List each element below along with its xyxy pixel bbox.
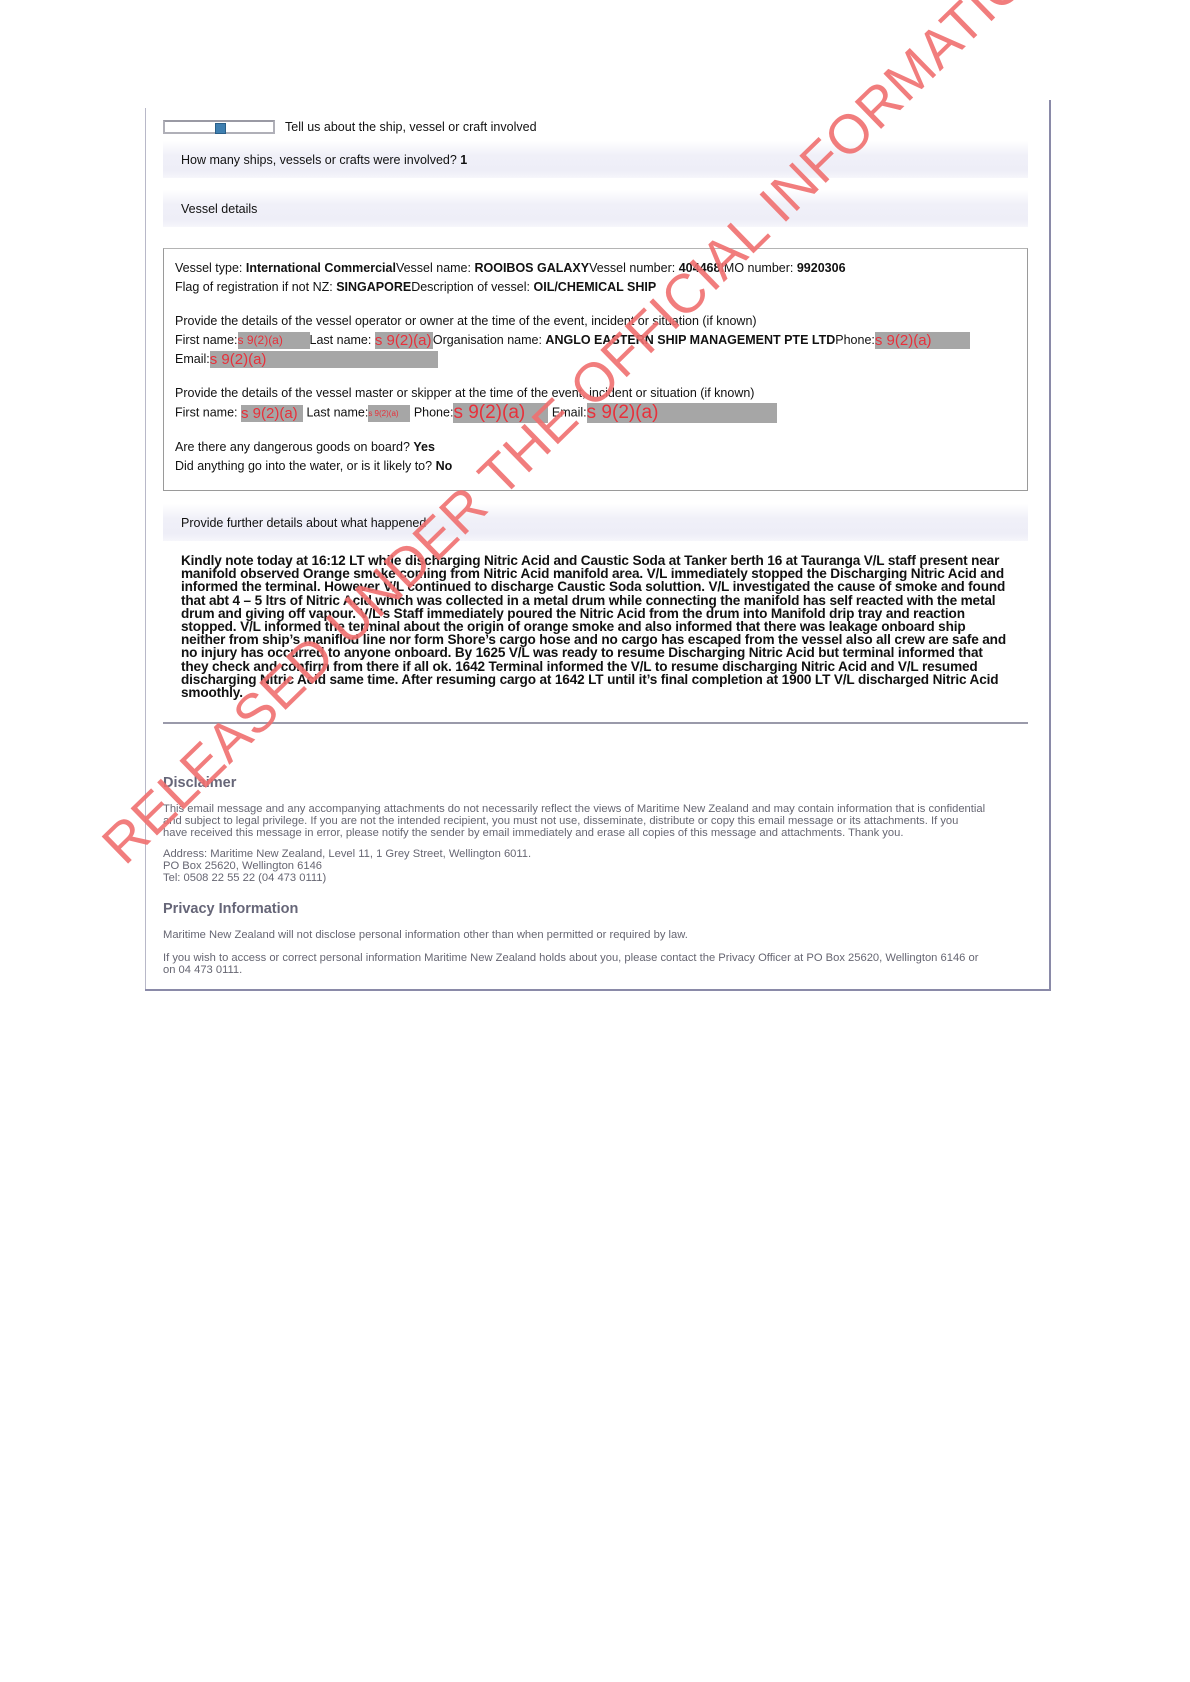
- water-label: Did anything go into the water, or is it…: [175, 459, 432, 473]
- vessel-count-value: 1: [460, 153, 467, 167]
- narrative-line: that abt 4 – 5 ltrs of Nitric Acid which…: [181, 594, 1021, 607]
- water-row: Did anything go into the water, or is it…: [175, 457, 1027, 476]
- privacy-line: If you wish to access or correct persona…: [163, 952, 1033, 964]
- vessel-number-value: 404468: [679, 261, 721, 275]
- address-line: PO Box 25620, Wellington 6146: [163, 860, 1033, 872]
- operator-first-name-label: First name:: [175, 333, 238, 347]
- further-details-band: Provide further details about what happe…: [163, 504, 1028, 541]
- address-line: Tel: 0508 22 55 22 (04 473 0111): [163, 872, 1033, 884]
- master-phone-label: Phone:: [414, 405, 454, 419]
- disclaimer-text: This email message and any accompanying …: [163, 803, 1033, 840]
- privacy-line: on 04 473 0111.: [163, 964, 1033, 976]
- master-first-name-label: First name:: [175, 405, 238, 419]
- privacy-line-1: Maritime New Zealand will not disclose p…: [163, 929, 1033, 941]
- narrative-line: smoothly.: [181, 686, 1021, 699]
- footer-divider: [163, 722, 1028, 724]
- operator-email-label: Email:: [175, 352, 210, 366]
- imo-value: 9920306: [797, 261, 846, 275]
- section-header: Tell us about the ship, vessel or craft …: [163, 120, 537, 134]
- vessel-count-label: How many ships, vessels or crafts were i…: [181, 153, 457, 167]
- redacted-operator-phone: s 9(2)(a): [875, 332, 970, 349]
- redacted-master-first-name: s 9(2)(a): [241, 405, 303, 422]
- vessel-name-value: ROOIBOS GALAXY: [474, 261, 589, 275]
- organisation-value: ANGLO EASTERN SHIP MANAGEMENT PTE LTD: [545, 333, 835, 347]
- flag-value: SINGAPORE: [336, 280, 411, 294]
- privacy-line-2: If you wish to access or correct persona…: [163, 952, 1033, 976]
- email-form-panel: Tell us about the ship, vessel or craft …: [145, 100, 1051, 991]
- redacted-master-phone: s 9(2)(a): [453, 403, 548, 423]
- operator-email-row: Email:s 9(2)(a): [175, 350, 1027, 369]
- toggle-knob-icon: [215, 123, 226, 134]
- vessel-details-box: Vessel type: International CommercialVes…: [163, 248, 1028, 491]
- operator-last-name-label: Last name:: [310, 333, 372, 347]
- dangerous-goods-row: Are there any dangerous goods on board? …: [175, 438, 1027, 457]
- master-row: First name: s 9(2)(a) Last name:s 9(2)(a…: [175, 403, 1027, 423]
- dangerous-goods-label: Are there any dangerous goods on board?: [175, 440, 410, 454]
- vessel-number-label: Vessel number:: [589, 261, 675, 275]
- narrative-line: they check and confirm from there if all…: [181, 660, 1021, 673]
- flag-label: Flag of registration if not NZ:: [175, 280, 333, 294]
- address-block: Address: Maritime New Zealand, Level 11,…: [163, 848, 1033, 885]
- redacted-master-last-name: s 9(2)(a): [368, 405, 410, 422]
- flag-row: Flag of registration if not NZ: SINGAPOR…: [175, 278, 1027, 297]
- vessel-details-band: Vessel details: [163, 190, 1028, 227]
- vessel-type-label: Vessel type:: [175, 261, 242, 275]
- vessel-name-label: Vessel name:: [396, 261, 471, 275]
- description-value: OIL/CHEMICAL SHIP: [534, 280, 657, 294]
- imo-label: IMO number:: [720, 261, 793, 275]
- organisation-label: Organisation name:: [433, 333, 542, 347]
- water-value: No: [436, 459, 453, 473]
- redacted-operator-last-name: s 9(2)(a): [375, 332, 433, 349]
- operator-prompt: Provide the details of the vessel operat…: [175, 312, 1027, 331]
- operator-row: First name:s 9(2)(a)Last name: s 9(2)(a)…: [175, 331, 1027, 350]
- privacy-heading: Privacy Information: [163, 901, 298, 917]
- section-title: Tell us about the ship, vessel or craft …: [285, 120, 537, 134]
- master-last-name-label: Last name:: [306, 405, 368, 419]
- vessel-info-row: Vessel type: International CommercialVes…: [175, 259, 1027, 278]
- disclaimer-line: This email message and any accompanying …: [163, 803, 1033, 815]
- narrative-line: informed the terminal. However V/L conti…: [181, 580, 1021, 593]
- vessel-details-heading: Vessel details: [181, 202, 257, 216]
- further-details-heading: Provide further details about what happe…: [181, 516, 426, 530]
- master-prompt: Provide the details of the vessel master…: [175, 384, 1027, 403]
- description-label: Description of vessel:: [411, 280, 530, 294]
- operator-phone-label: Phone:: [835, 333, 875, 347]
- address-line: Address: Maritime New Zealand, Level 11,…: [163, 848, 1033, 860]
- disclaimer-line: have received this message in error, ple…: [163, 827, 1033, 839]
- incident-narrative: Kindly note today at 16:12 LT while disc…: [181, 554, 1021, 699]
- vessel-type-value: International Commercial: [246, 261, 396, 275]
- disclaimer-heading: Disclaimer: [163, 775, 236, 791]
- vessel-count-band: How many ships, vessels or crafts were i…: [163, 141, 1028, 178]
- section-toggle[interactable]: [163, 120, 275, 134]
- disclaimer-line: and subject to legal privilege. If you a…: [163, 815, 1033, 827]
- narrative-line: discharging Nitric Acid same time. After…: [181, 673, 1021, 686]
- redacted-master-email: s 9(2)(a): [587, 403, 777, 423]
- narrative-line: no injury has occurred to anyone onboard…: [181, 646, 1021, 659]
- redacted-operator-first-name: s 9(2)(a): [238, 332, 310, 349]
- dangerous-goods-value: Yes: [413, 440, 435, 454]
- master-email-label: Email:: [552, 405, 587, 419]
- redacted-operator-email: s 9(2)(a): [210, 351, 438, 368]
